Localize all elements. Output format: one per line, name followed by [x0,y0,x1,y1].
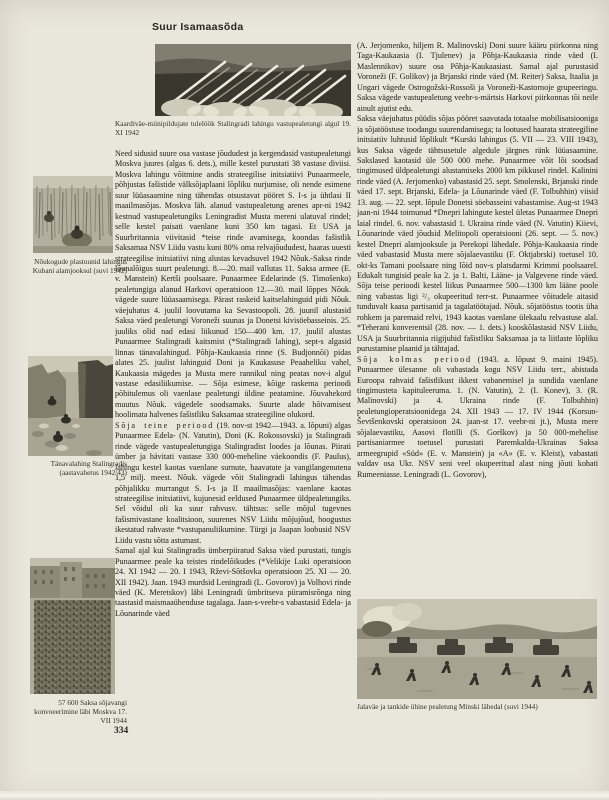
paragraph-first-period: Need sidusid suure osa vastase jõududest… [115,149,351,421]
caption-stalingrad-street: Tänavalahing Stalingradis (aastavahetus … [24,459,127,477]
katyusha-salvo-illustration [155,44,351,116]
page-edge-shadow [0,791,609,800]
caption-katyusha: Kaardiväe-miinipildujate tulelöök Stalin… [115,119,351,137]
caption-pow-march: 57 600 Saksa sõjavangi konvoeerimine läb… [24,698,127,726]
paragraph-stalingrad-followup: Samal ajal kui Stalingradis ümberpiiratu… [115,546,351,619]
caption-kuban: Nõukogude plastuunid lahingus Kubani ala… [24,257,127,275]
paragraph-second-period: Sõja teine periood (19. nov-st 1942—1943… [115,421,351,546]
paragraph-kursk: Saksa väejuhatus püüdis sõjas pööret saa… [357,114,598,354]
paragraph-text: (A. Jerjomenko, hiljem R. Malinovski) Do… [357,41,598,113]
kuban-scouts-illustration [33,176,113,253]
pow-march-illustration [30,558,115,694]
paragraph-text: (1943. a. lõpust 9. maini 1945). Punaarm… [357,355,598,479]
encyclopedia-page: Suur Isamaasõda [0,0,609,800]
right-text-column: (A. Jerjomenko, hiljem R. Malinovski) Do… [357,41,598,597]
figure-pow-march-photo [30,558,115,694]
figure-katyusha-salvo-photo [155,44,351,116]
running-header: Suur Isamaasõda [152,21,243,33]
figure-minsk-attack-photo [357,599,597,699]
figure-kuban-photo [33,176,113,253]
period-heading: Sõja kolmas periood [357,355,472,364]
paragraph-text: (19. nov-st 1942—1943. a. lõpuni) algas … [115,421,351,545]
left-text-column: Need sidusid suure osa vastase jõududest… [115,149,351,725]
period-heading: Sõja teine periood [115,421,214,430]
figure-stalingrad-street-photo [28,356,113,456]
page-number: 334 [114,726,128,736]
paragraph-text: Saksa väejuhatus püüdis sõjas pööret saa… [357,114,598,353]
paragraph-text: Samal ajal kui Stalingradis ümberpiiratu… [115,546,351,618]
stalingrad-street-illustration [28,356,113,456]
paragraph-text: Need sidusid suure osa vastase jõududest… [115,149,351,419]
caption-minsk-attack: Jalaväe ja tankide ühine pealetung Minsk… [357,702,597,711]
paragraph-fronts-continuation: (A. Jerjomenko, hiljem R. Malinovski) Do… [357,41,598,114]
minsk-attack-illustration [357,599,597,699]
paragraph-third-period: Sõja kolmas periood (1943. a. lõpust 9. … [357,355,598,480]
